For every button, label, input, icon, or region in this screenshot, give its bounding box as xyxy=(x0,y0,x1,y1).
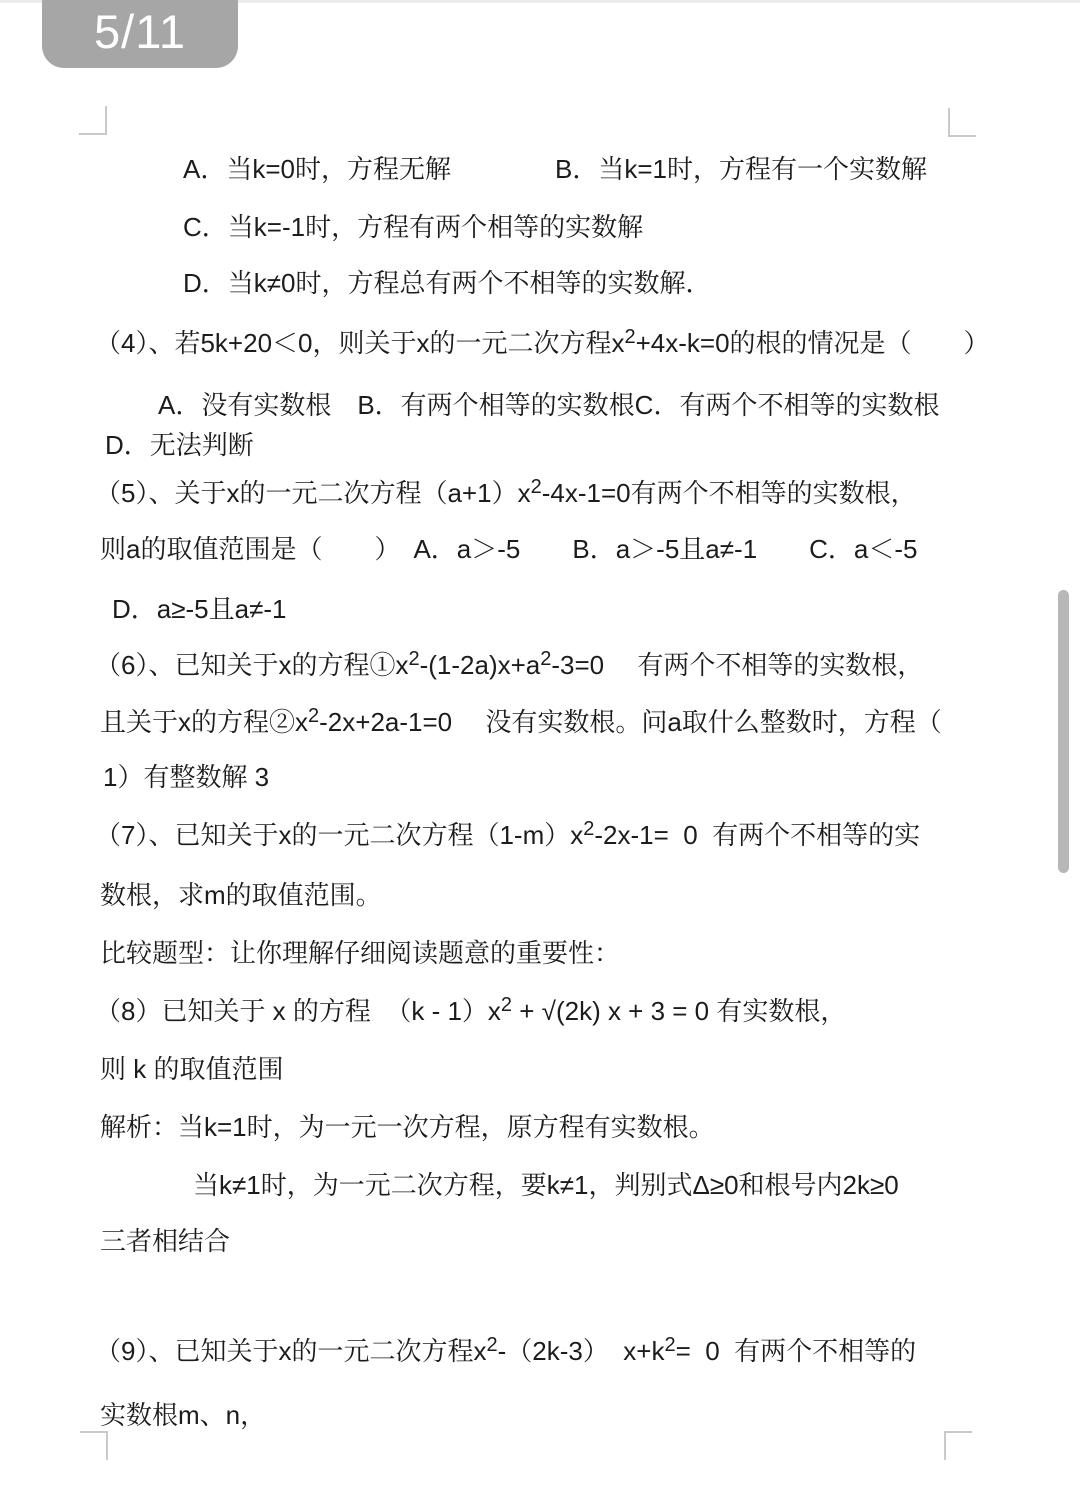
margin-corner-mark-top-right xyxy=(948,108,976,137)
doc-line: 1）有整数解 3 xyxy=(103,760,269,794)
doc-line: 三者相结合 xyxy=(100,1224,230,1258)
doc-line: C．当k=-1时，方程有两个相等的实数解 xyxy=(183,210,643,244)
superscript: 2 xyxy=(664,1334,675,1356)
superscript: 2 xyxy=(531,476,542,498)
superscript: 2 xyxy=(486,1334,497,1356)
doc-line: 实数根m、n， xyxy=(100,1398,266,1432)
doc-line: D．a≥-5且a≠-1 xyxy=(112,592,286,626)
superscript: 2 xyxy=(308,705,319,727)
superscript: 2 xyxy=(624,326,635,348)
page-indicator-badge: 5/11 xyxy=(42,0,238,68)
doc-line: 当k≠1时，为一元二次方程，要k≠1，判别式Δ≥0和根号内2k≥0 xyxy=(193,1168,899,1202)
superscript: 2 xyxy=(408,648,419,670)
doc-line: （6）、已知关于x的方程①x2-(1-2a)x+a2-3=0 有两个不相等的实数… xyxy=(95,648,923,682)
margin-corner-mark-top-left xyxy=(79,106,107,135)
doc-line: 解析：当k=1时，为一元一次方程，原方程有实数根。 xyxy=(100,1110,715,1144)
doc-line: A．没有实数根 B．有两个相等的实数根C．有两个不相等的实数根 xyxy=(158,388,939,422)
doc-line: D．无法判断 xyxy=(105,428,254,462)
doc-line: D．当k≠0时，方程总有两个不相等的实数解． xyxy=(183,266,712,300)
scrollbar-thumb[interactable] xyxy=(1058,590,1069,873)
doc-line: 数根，求m的取值范围。 xyxy=(100,878,382,912)
doc-line: （9）、已知关于x的一元二次方程x2-（2k-3） x+k2= 0 有两个不相等… xyxy=(95,1334,916,1368)
doc-line: （5）、关于x的一元二次方程（a+1）x2-4x-1=0有两个不相等的实数根， xyxy=(95,476,917,510)
margin-corner-mark-bottom-right xyxy=(944,1431,972,1460)
margin-corner-mark-bottom-left xyxy=(80,1431,108,1460)
doc-line: （8）已知关于 x 的方程 （k - 1）x2 + √(2k) x + 3 = … xyxy=(95,994,846,1028)
doc-line: （4）、若5k+20＜0，则关于x的一元二次方程x2+4x-k=0的根的情况是（… xyxy=(95,326,990,360)
superscript: 2 xyxy=(583,818,594,840)
superscript: 2 xyxy=(501,994,512,1016)
doc-line: 则a的取值范围是（ ） A．a＞-5 B．a＞-5且a≠-1 C．a＜-5 xyxy=(100,532,918,566)
doc-line: 比较题型：让你理解仔细阅读题意的重要性： xyxy=(100,936,620,970)
page-indicator-label: 5/11 xyxy=(94,8,186,55)
document-reader-screen: 5/11 A．当k=0时，方程无解 B．当k=1时，方程有一个实数解C．当k=-… xyxy=(0,0,1080,1498)
doc-line: （7）、已知关于x的一元二次方程（1-m）x2-2x-1= 0 有两个不相等的实 xyxy=(95,818,920,852)
doc-line: 则 k 的取值范围 xyxy=(100,1052,283,1086)
superscript: 2 xyxy=(540,648,551,670)
doc-line: 且关于x的方程②x2-2x+2a-1=0 没有实数根。问a取什么整数时，方程（ xyxy=(100,705,942,739)
doc-line: A．当k=0时，方程无解 B．当k=1时，方程有一个实数解 xyxy=(183,152,927,186)
